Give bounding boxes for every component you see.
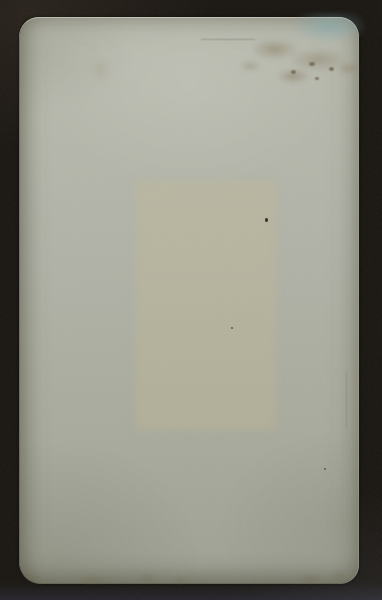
top-left-smudge (89, 55, 113, 83)
horizontal-scratch (201, 39, 255, 40)
brown-stain-dot (309, 62, 315, 66)
foxing-speck (265, 218, 268, 222)
brown-stain-dot (329, 67, 334, 71)
brown-stain-dot (315, 77, 319, 80)
top-right-brown-stain (231, 25, 367, 89)
mount-ghost-stain (135, 180, 276, 430)
vertical-scratch (346, 371, 347, 429)
foxing-speck (231, 327, 233, 329)
brown-stain-dot (291, 70, 296, 74)
photo-backdrop (0, 0, 382, 600)
bottom-edge-smudges (19, 556, 359, 584)
foxing-speck (324, 468, 326, 470)
card-back (19, 17, 359, 584)
